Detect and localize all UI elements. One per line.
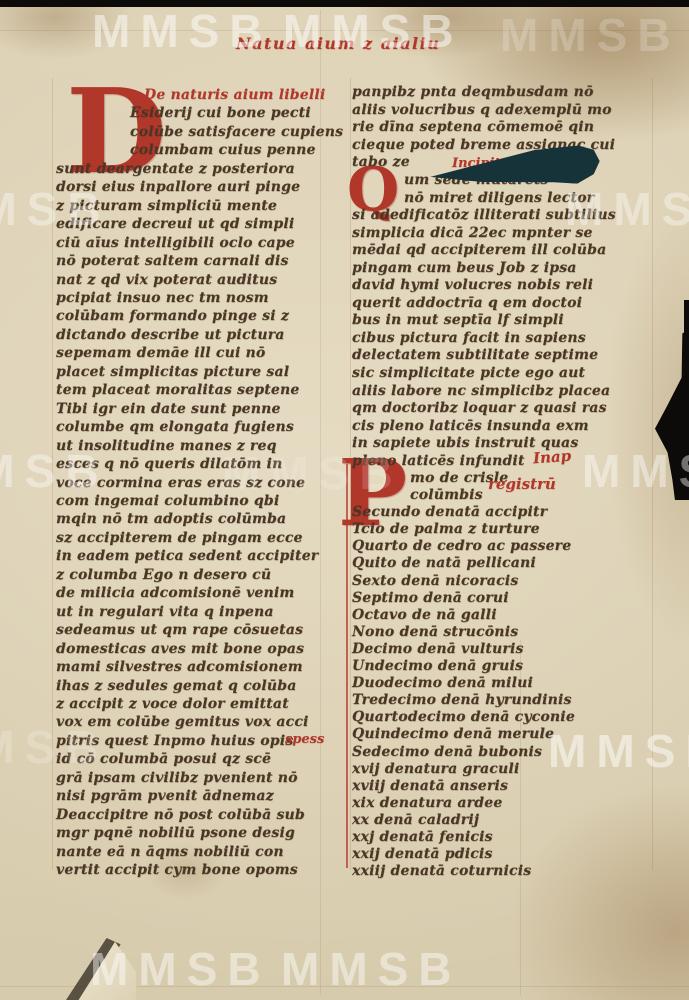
mmsb-watermark: MMSB: [283, 8, 464, 54]
mmsb-watermark: MMSB: [565, 186, 689, 232]
mmsb-watermark: MMSB: [90, 946, 271, 992]
mmsb-watermark: MMSB: [281, 946, 462, 992]
manuscript-photo: Natua aium z aialiu D Q P De naturis aiu…: [0, 0, 689, 1000]
mmsb-watermark: MMSB: [582, 448, 689, 494]
mmsb-watermark: MMSB: [0, 448, 109, 494]
mmsb-watermark: MMSB: [92, 8, 273, 54]
mmsb-watermark: MMSB: [500, 12, 681, 58]
mmsb-watermark: MMSB: [222, 450, 403, 496]
watermark-layer: MMSBMMSBMMSBMMSBMMSBMMSBMMSBMMSBMMSBMMSB…: [0, 0, 689, 1000]
mmsb-watermark: MMSB: [548, 728, 689, 774]
mmsb-watermark: MMSB: [0, 186, 111, 232]
mmsb-watermark: MMSB: [0, 724, 109, 770]
